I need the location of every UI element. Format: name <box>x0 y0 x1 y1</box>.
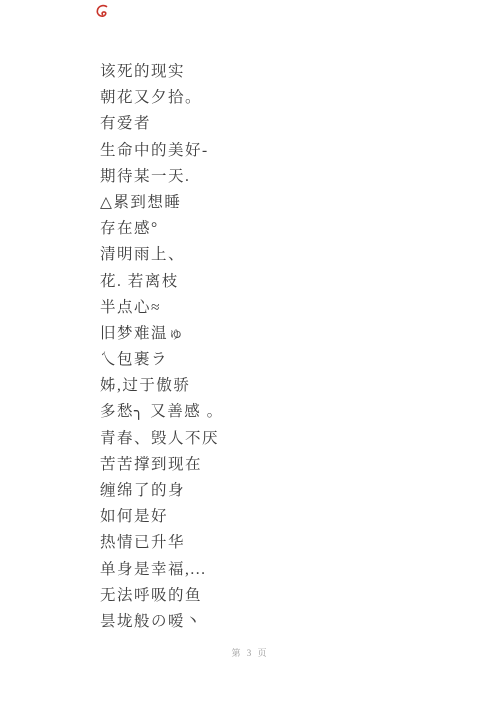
text-column: 该死的现实朝花又夕拾。有爱者生命中的美好-期待某一天.△累到想睡存在感°清明雨上… <box>100 59 440 635</box>
page-number: 第 3 页 <box>0 646 500 659</box>
text-line: 旧梦难温ゅ <box>100 321 440 347</box>
text-line: 期待某一天. <box>100 164 440 190</box>
text-line: 清明雨上、 <box>100 242 440 268</box>
text-line: 苦苦撑到现在 <box>100 452 440 478</box>
text-line: 热情已升华 <box>100 530 440 556</box>
text-line: 有爱者 <box>100 111 440 137</box>
text-line: 朝花又夕拾。 <box>100 85 440 111</box>
text-line: 花. 若离枝 <box>100 269 440 295</box>
text-line: 生命中的美好- <box>100 138 440 164</box>
text-line: 半点心≈ <box>100 295 440 321</box>
text-line: 多愁╮ 又善感 。 <box>100 399 440 425</box>
text-line: 存在感° <box>100 216 440 242</box>
text-line: 缠绵了的身 <box>100 478 440 504</box>
red-scribble-icon <box>94 3 110 20</box>
text-line: 昙垅般の嗳丶 <box>100 609 440 635</box>
document-page: 该死的现实朝花又夕拾。有爱者生命中的美好-期待某一天.△累到想睡存在感°清明雨上… <box>0 0 500 708</box>
text-line: 姊,过于傲骄 <box>100 373 440 399</box>
text-line: 乀包裹ラ <box>100 347 440 373</box>
text-line: 无法呼吸的鱼 <box>100 583 440 609</box>
text-line: 如何是好 <box>100 504 440 530</box>
text-line: △累到想睡 <box>100 190 440 216</box>
text-line: 青春、毁人不厌 <box>100 426 440 452</box>
text-line: 该死的现实 <box>100 59 440 85</box>
text-line: 单身是幸福,... <box>100 557 440 583</box>
